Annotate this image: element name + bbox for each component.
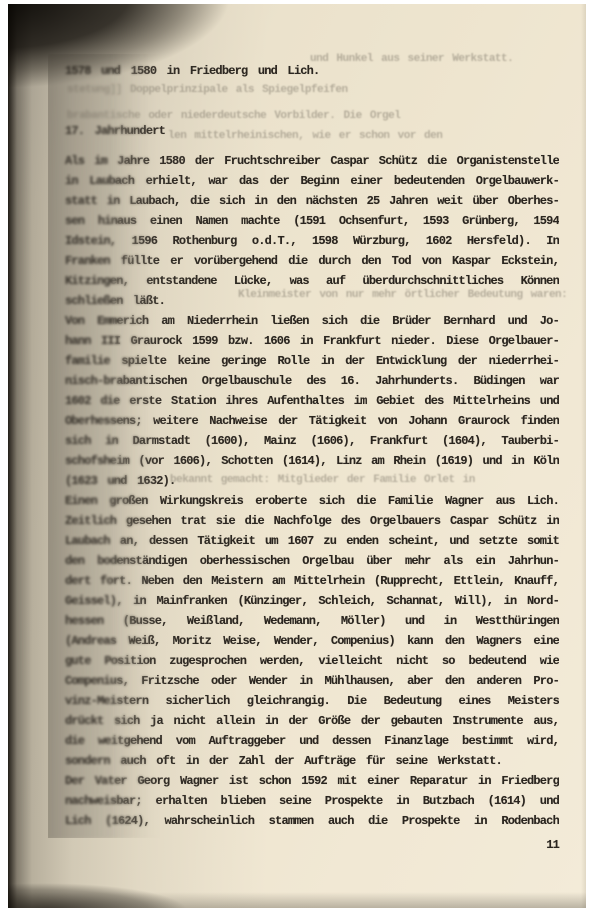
text-line: drückt sich ja nicht allein in der Größe… [65,711,559,731]
text-line: Kitzingen, entstandene Lücke, was auf üb… [65,271,559,291]
text-line: sen hinaus einen Namen machte (1591 Ochs… [65,211,559,231]
text-line: sondern auch oft in der Zahl der Aufträg… [65,751,559,771]
text-line: (Andreas Weiß, Moritz Weise, Wender, Com… [65,631,559,651]
text-line: Geissel), in Mainfranken (Künzinger, Sch… [65,591,559,611]
text-line: in Laubach erhielt, war das der Beginn e… [65,171,559,191]
text-line: (1623 und 1632). [65,471,559,491]
text-line: dert fort. Neben den Meistern am Mittelr… [65,571,559,591]
text-line-top: 1578 und 1580 in Friedberg und Lich. [65,64,559,78]
text-line: die weitgehend vom Auftraggeber und dess… [65,731,559,751]
text-line: familie spielte keine geringe Rolle in d… [65,351,559,371]
text-line: nachweisbar; erhalten blieben seine Pros… [65,791,559,811]
text-line: Oberhessens; weitere Nachweise der Tätig… [65,411,559,431]
text-line: hann III Graurock 1599 bzw. 1606 in Fran… [65,331,559,351]
text-line: den bodenständigen oberhessischen Orgelb… [65,551,559,571]
printed-text-layer: 1578 und 1580 in Friedberg und Lich. 17.… [8,4,586,908]
text-line: Laubach an, dessen Tätigkeit um 1607 zu … [65,531,559,551]
text-line: Lich (1624), wahrscheinlich stammen auch… [65,811,559,831]
text-line: schofsheim (vor 1606), Schotten (1614), … [65,451,559,471]
text-line: Idstein, 1596 Rothenburg o.d.T., 1598 Wü… [65,231,559,251]
text-line: Franken füllte er vorübergehend die durc… [65,251,559,271]
text-line: hessen (Busse, Weißland, Wedemann, Mölle… [65,611,559,631]
text-line: Compenius, Fritzsche oder Wender in Mühl… [65,671,559,691]
body-text-block: Als im Jahre 1580 der Fruchtschreiber Ca… [65,151,559,831]
text-line: Der Vater Georg Wagner ist schon 1592 mi… [65,771,559,791]
scanned-page-frame: und Hunkel aus seiner Werkstatt.stetung]… [0,0,600,920]
section-heading: 17. Jahrhundert [65,124,165,138]
text-line: Zeitlich gesehen trat sie die Nachfolge … [65,511,559,531]
text-line: Als im Jahre 1580 der Fruchtschreiber Ca… [65,151,559,171]
text-line: vinz-Meistern sicherlich gleichrangig. D… [65,691,559,711]
page-number: 11 [65,838,565,852]
text-line: gute Position zugesprochen werden, viell… [65,651,559,671]
text-line: 1602 die erste Station ihres Aufenthalte… [65,391,559,411]
book-page: und Hunkel aus seiner Werkstatt.stetung]… [8,4,586,908]
text-line: sich in Darmstadt (1600), Mainz (1606), … [65,431,559,451]
text-line: schließen läßt. [65,291,559,311]
text-line: nisch-brabantischen Orgelbauschule des 1… [65,371,559,391]
text-line: Einen großen Wirkungskreis eroberte sich… [65,491,559,511]
text-line: statt in Laubach, die sich in den nächst… [65,191,559,211]
text-line: Von Emmerich am Niederrhein ließen sich … [65,311,559,331]
